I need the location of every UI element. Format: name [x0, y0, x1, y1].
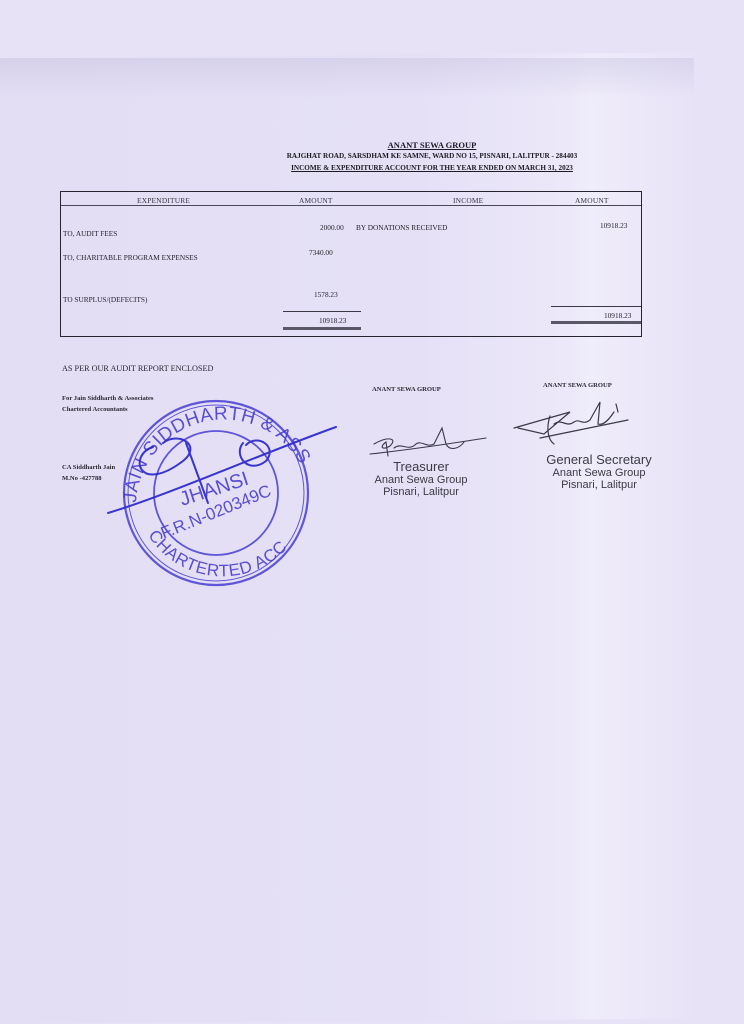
header-divider	[61, 205, 641, 206]
general-secretary-org: Anant Sewa Group	[528, 467, 670, 479]
auditor-membership-number: M.No -427788	[62, 475, 102, 482]
auditor-seal-stamp: JAIN SIDDHARTH & ASSOCIATES CHARTERTED A…	[108, 395, 328, 595]
treasurer-org: Anant Sewa Group	[356, 474, 486, 486]
treasurer-place: Pisnari, Lalitpur	[356, 486, 486, 498]
general-secretary-signature	[510, 398, 640, 448]
treasurer-group-label: ANANT SEWA GROUP	[372, 386, 441, 393]
header-expenditure-amount: AMOUNT	[299, 196, 333, 205]
income-total-rule-top	[551, 306, 641, 307]
expenditure-row-amount: 2000.00	[320, 223, 344, 232]
expenditure-row-label: TO SURPLUS/(DEFECITS)	[63, 295, 147, 304]
expenditure-total-rule-top	[283, 311, 361, 312]
income-total-rule-bottom	[551, 321, 641, 324]
income-expenditure-table: EXPENDITURE AMOUNT INCOME AMOUNT TO, AUD…	[60, 191, 642, 337]
document-page: ANANT SEWA GROUP RAJGHAT ROAD, SARSDHAM …	[0, 0, 744, 1024]
header-income-amount: AMOUNT	[575, 196, 609, 205]
audit-report-note: AS PER OUR AUDIT REPORT ENCLOSED	[62, 364, 213, 373]
expenditure-total: 10918.23	[319, 316, 346, 325]
expenditure-row-amount: 1578.23	[314, 290, 338, 299]
treasurer-role: Treasurer	[356, 460, 486, 474]
header-expenditure: EXPENDITURE	[137, 196, 190, 205]
general-secretary-place: Pisnari, Lalitpur	[528, 479, 670, 491]
expenditure-row-amount: 7340.00	[309, 248, 333, 257]
expenditure-row-label: TO, CHARITABLE PROGRAM EXPENSES	[63, 253, 198, 262]
organization-address: RAJGHAT ROAD, SARSDHAM KE SAMNE, WARD NO…	[60, 152, 744, 160]
income-total: 10918.23	[604, 311, 631, 320]
income-row-label: BY DONATIONS RECEIVED	[356, 223, 447, 232]
header-income: INCOME	[453, 196, 483, 205]
treasurer-stamp: Treasurer Anant Sewa Group Pisnari, Lali…	[356, 460, 486, 498]
treasurer-signature	[368, 424, 488, 464]
general-secretary-stamp: General Secretary Anant Sewa Group Pisna…	[528, 453, 670, 491]
income-row-amount: 10918.23	[600, 221, 627, 230]
general-secretary-role: General Secretary	[528, 453, 670, 467]
organization-title: ANANT SEWA GROUP	[60, 140, 744, 150]
expenditure-row-label: TO, AUDIT FEES	[63, 229, 117, 238]
secretary-group-label: ANANT SEWA GROUP	[543, 382, 612, 389]
expenditure-total-rule-bottom	[283, 327, 361, 330]
statement-title: INCOME & EXPENDITURE ACCOUNT FOR THE YEA…	[60, 164, 744, 172]
